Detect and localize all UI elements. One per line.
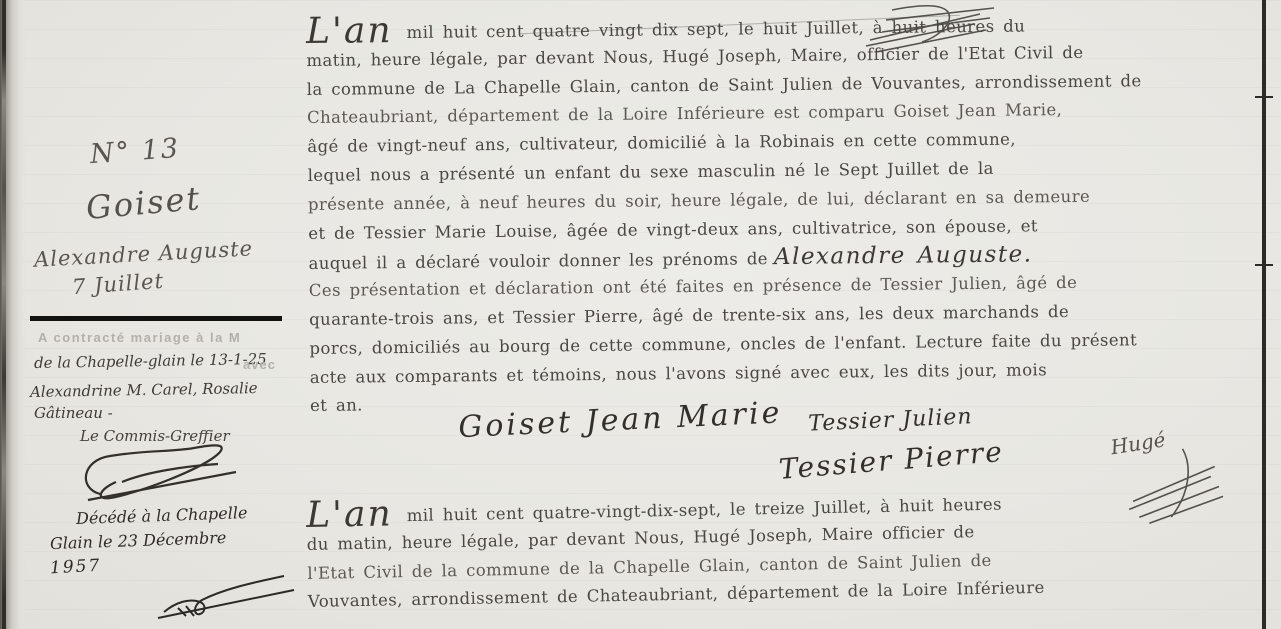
act-number: N° 13 (89, 133, 181, 170)
binding-edge (0, 0, 26, 629)
signature-witness-2: Tessier Pierre (778, 435, 1005, 486)
second-act: L'anmil huit cent quatre-vingt-dix-sept,… (306, 484, 1260, 617)
margin-separator-line (30, 316, 282, 321)
margin-column: N° 13 Goiset Alexandre Auguste 7 Juillet… (28, 0, 306, 629)
marriage-note-line-2: Alexandrine M. Carel, Rosalie (30, 379, 258, 401)
death-note-line-2: Glain le 23 Décembre (50, 528, 227, 553)
clerk-signature-scrawl (76, 442, 266, 508)
child-names-highlight: Alexandre Auguste. (774, 242, 1033, 271)
death-signature-scrawl (156, 572, 306, 624)
date-header: 7 Juillet (71, 269, 164, 299)
binding-seam (2, 0, 6, 629)
act-line-text: auquel il a déclaré vouloir donner les p… (308, 250, 768, 274)
marriage-stamp-text: A contracté mariage à la M (38, 330, 241, 345)
page-scan: N° 13 Goiset Alexandre Auguste 7 Juillet… (0, 0, 1281, 629)
marriage-note-line-3: Gâtineau - (34, 404, 113, 422)
surname-header: Goiset (85, 179, 203, 227)
death-note-line-3: 1957 (50, 556, 102, 579)
given-names-header: Alexandre Auguste (34, 236, 254, 271)
act-line-text: mil huit cent quatre vingt dix sept, le … (407, 16, 1026, 41)
marriage-note-line-1: de la Chapelle-glain le 13-1-25 (34, 350, 267, 372)
marriage-stamp-avec: avec (243, 357, 276, 372)
birth-act: L'anmil huit cent quatre vingt dix sept,… (306, 8, 1262, 421)
